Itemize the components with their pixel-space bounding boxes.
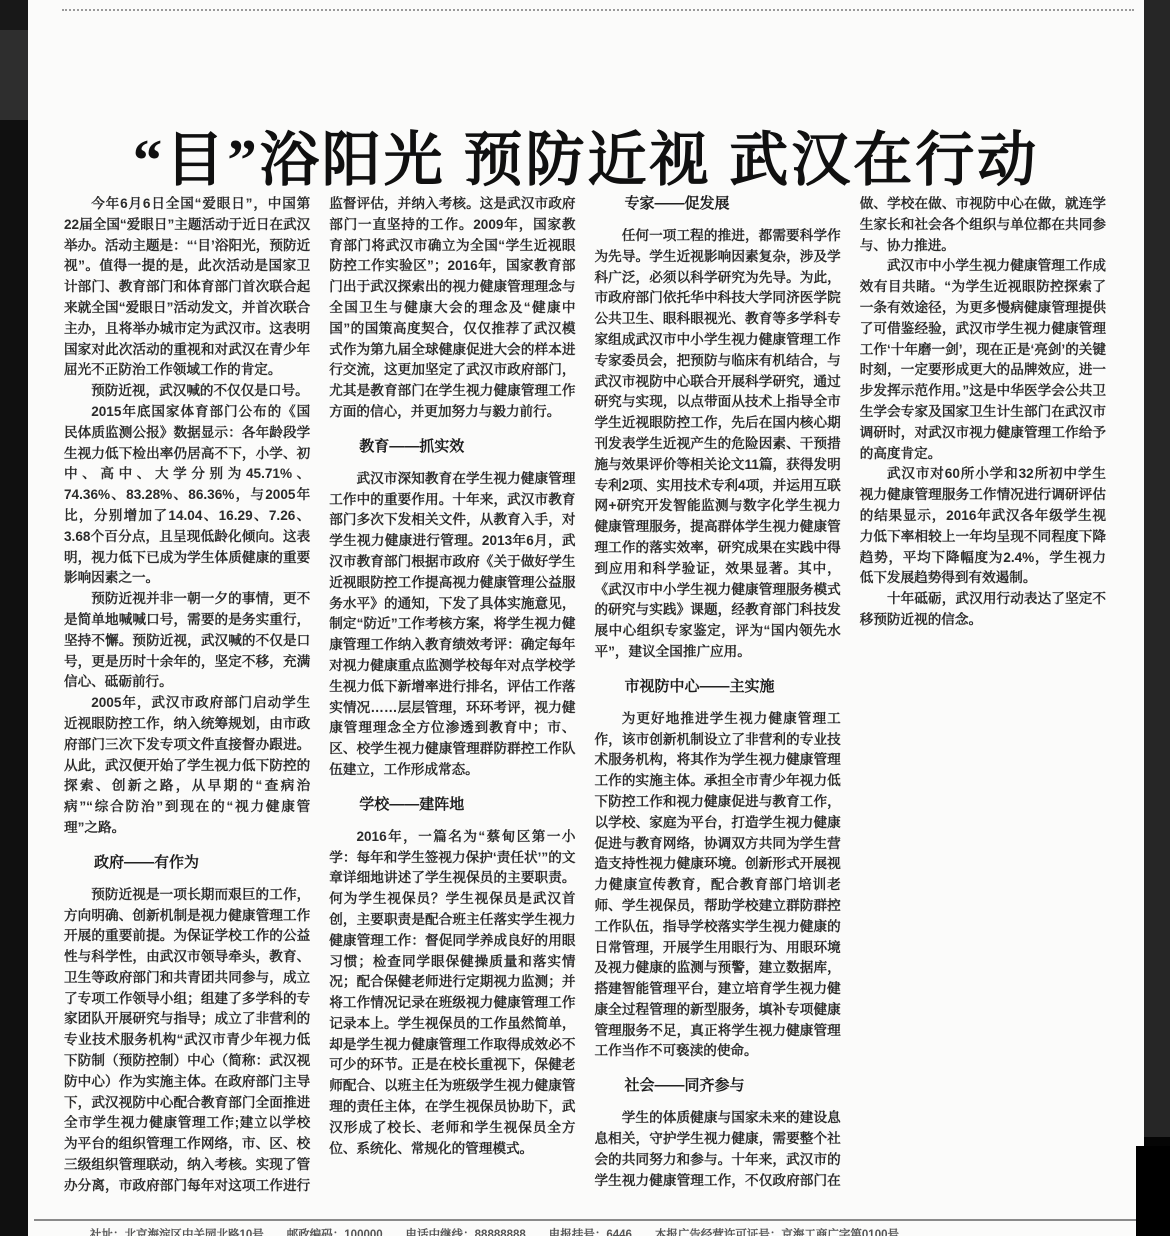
newspaper-scan: “目”浴阳光 预防近视 武汉在行动 今年6月6日全国“爱眼日”，中国第22届全国… <box>0 0 1170 1236</box>
section-heading: 社会——同齐参与 <box>595 1076 841 1096</box>
scan-frame-right <box>1144 0 1170 1236</box>
article-headline: “目”浴阳光 预防近视 武汉在行动 <box>28 112 1144 197</box>
page-footer: 社址：北京海淀区中关园北路10号 邮政编码：100000 电话中继线：88888… <box>34 1219 1138 1236</box>
paragraph: 武汉市对60所小学和32所初中学生视力健康管理服务工作情况进行调研评估的结果显示… <box>860 464 1106 589</box>
section-heading: 政府——有作为 <box>64 853 310 873</box>
paragraph: 预防近视，武汉喊的不仅仅是口号。 <box>64 381 310 402</box>
paragraph: 预防近视并非一朝一夕的事情，更不是简单地喊喊口号，需要的是务实重行，坚持不懈。预… <box>64 589 310 693</box>
section-heading: 市视防中心——主实施 <box>595 677 841 697</box>
section-heading: 专家——促发展 <box>595 194 841 214</box>
scan-frame-corner <box>1136 1146 1170 1236</box>
footer-imprint-text: 社址：北京海淀区中关园北路10号 邮政编码：100000 电话中继线：88888… <box>34 1221 1138 1236</box>
paragraph: 为更好地推进学生视力健康管理工作，该市创新机制设立了非营利的专业技术服务机构，将… <box>595 709 841 1063</box>
section-heading: 学校——建阵地 <box>329 795 575 815</box>
top-dotted-rule <box>62 9 1134 11</box>
article-columns: 今年6月6日全国“爱眼日”，中国第22届全国“爱眼日”主题活动于近日在武汉举办。… <box>64 194 1106 1198</box>
paragraph: 今年6月6日全国“爱眼日”，中国第22届全国“爱眼日”主题活动于近日在武汉举办。… <box>64 194 310 381</box>
section-heading: 教育——抓实效 <box>329 437 575 457</box>
paragraph: 2015年底国家体育部门公布的《国民体质监测公报》数据显示：各年龄段学生视力低下… <box>64 402 310 589</box>
paragraph: 2005年，武汉市政府部门启动学生近视眼防控工作，纳入统筹规划，由市政府部门三次… <box>64 693 310 839</box>
paragraph: 十年砥砺，武汉用行动表达了坚定不移预防近视的信念。 <box>860 589 1106 631</box>
paragraph: 2016年，一篇名为“蔡甸区第一小学：每年和学生签视力保护‘责任状’”的文章详细… <box>329 827 575 1160</box>
newspaper-page: “目”浴阳光 预防近视 武汉在行动 今年6月6日全国“爱眼日”，中国第22届全国… <box>28 0 1144 1236</box>
scan-frame-left <box>0 30 28 1236</box>
paragraph: 任何一项工程的推进，都需要科学作为先导。学生近视影响因素复杂，涉及学科广泛，必须… <box>595 226 841 663</box>
paragraph: 武汉市中小学生视力健康管理工作成效有目共睹。“为学生近视眼防控探索了一条有效途径… <box>860 256 1106 464</box>
paragraph: 武汉市深知教育在学生视力健康管理工作中的重要作用。十年来，武汉市教育部门多次下发… <box>329 469 575 781</box>
